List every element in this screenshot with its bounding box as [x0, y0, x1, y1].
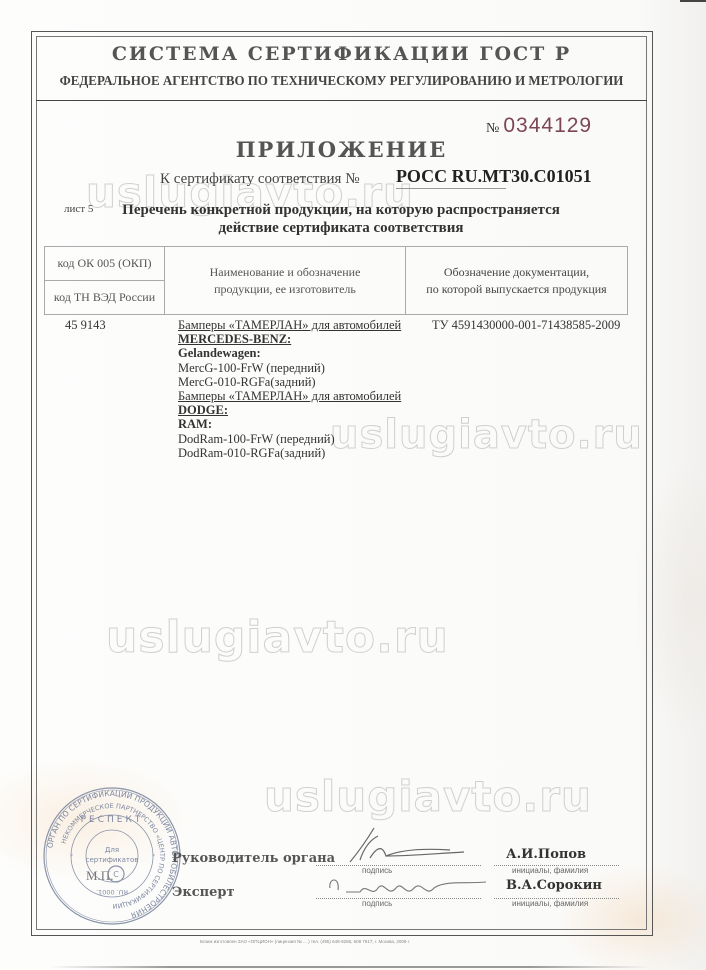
product-line: MercG-010-RGFa(задний)	[178, 375, 401, 389]
head-name-caption: инициалы, фамилия	[512, 866, 588, 875]
header-product-name: Наименование и обозначение продукции, ее…	[165, 247, 406, 315]
scan-bottom-edge	[50, 966, 650, 968]
form-number-prefix: №	[486, 121, 499, 136]
product-line: Бамперы «ТАМЕРЛАН» для автомобилей	[178, 318, 401, 332]
certificate-ref-label: К сертификату соответствия №	[160, 171, 360, 188]
system-title: СИСТЕМА СЕРТИФИКАЦИИ ГОСТ Р	[36, 43, 647, 65]
svg-text:сертификатов: сертификатов	[86, 856, 139, 864]
expert-signature	[326, 868, 496, 904]
product-table-header: код ОК 005 (ОКП) Наименование и обозначе…	[44, 246, 628, 315]
header-documentation: Обозначение документации, по которой вып…	[406, 247, 628, 315]
list-title-line1: Перечень конкретной продукции, на котору…	[96, 201, 586, 219]
expert-role-label: Эксперт	[172, 885, 235, 900]
product-line: MERCEDES-BENZ:	[178, 332, 401, 346]
form-number: №0344129	[486, 114, 592, 138]
certificate-ref-number: РОСС RU.MT30.C01051	[396, 166, 592, 187]
header-code-tnved: код ТН ВЭД России	[45, 281, 165, 315]
sheet-number: лист 5	[64, 203, 93, 215]
product-line: Gelandewagen:	[178, 346, 401, 360]
product-line: DodRam-010-RGFa(задний)	[178, 446, 401, 460]
seal-placement-label: М.П.	[86, 868, 113, 884]
round-seal-stamp: ОРГАН ПО СЕРТИФИКАЦИИ ПРОДУКЦИИ АВТОМОБИ…	[42, 786, 182, 926]
product-line: DodRam-100-FrW (передний)	[178, 432, 401, 446]
form-number-value: 0344129	[503, 114, 592, 137]
product-line: MercG-100-FrW (передний)	[178, 361, 401, 375]
svg-text:*: *	[152, 854, 155, 860]
svg-text:*: *	[70, 854, 73, 860]
list-title-line2: действие сертификата соответствия	[96, 219, 586, 237]
expert-name: В.А.Сорокин	[506, 878, 602, 893]
certificate-ref-underline	[396, 188, 506, 189]
svg-text:RU. 0001.: RU. 0001.	[96, 888, 128, 896]
svg-text:Для: Для	[105, 846, 119, 854]
table-row-code: 45 9143	[65, 318, 106, 333]
product-line: RAM:	[178, 417, 401, 431]
table-row-documentation: ТУ 4591430000-001-71438585-2009	[432, 318, 620, 333]
scan-edge-mark	[680, 0, 706, 2]
expert-name-caption: инициалы, фамилия	[512, 899, 588, 908]
table-row-products: Бамперы «ТАМЕРЛАН» для автомобилейMERCED…	[178, 318, 401, 460]
head-signature	[340, 820, 480, 870]
header-divider	[36, 100, 647, 101]
svg-text:РЕСПЕКТ: РЕСПЕКТ	[81, 815, 144, 825]
header-code-okp: код ОК 005 (ОКП)	[45, 247, 165, 281]
head-name: А.И.Попов	[506, 847, 586, 862]
agency-subtitle: ФЕДЕРАЛЬНОЕ АГЕНТСТВО ПО ТЕХНИЧЕСКОМУ РЕ…	[48, 73, 635, 89]
list-title: Перечень конкретной продукции, на котору…	[96, 201, 586, 237]
product-line: Бамперы «ТАМЕРЛАН» для автомобилей	[178, 389, 401, 403]
appendix-title: ПРИЛОЖЕНИЕ	[36, 137, 647, 162]
head-role-label: Руководитель органа	[172, 851, 335, 866]
product-line: DODGE:	[178, 403, 401, 417]
svg-text:C: C	[113, 870, 119, 879]
form-printer-note: Бланк изготовлен ЗАО «ОПЦИОН» (лицензия …	[200, 939, 410, 944]
